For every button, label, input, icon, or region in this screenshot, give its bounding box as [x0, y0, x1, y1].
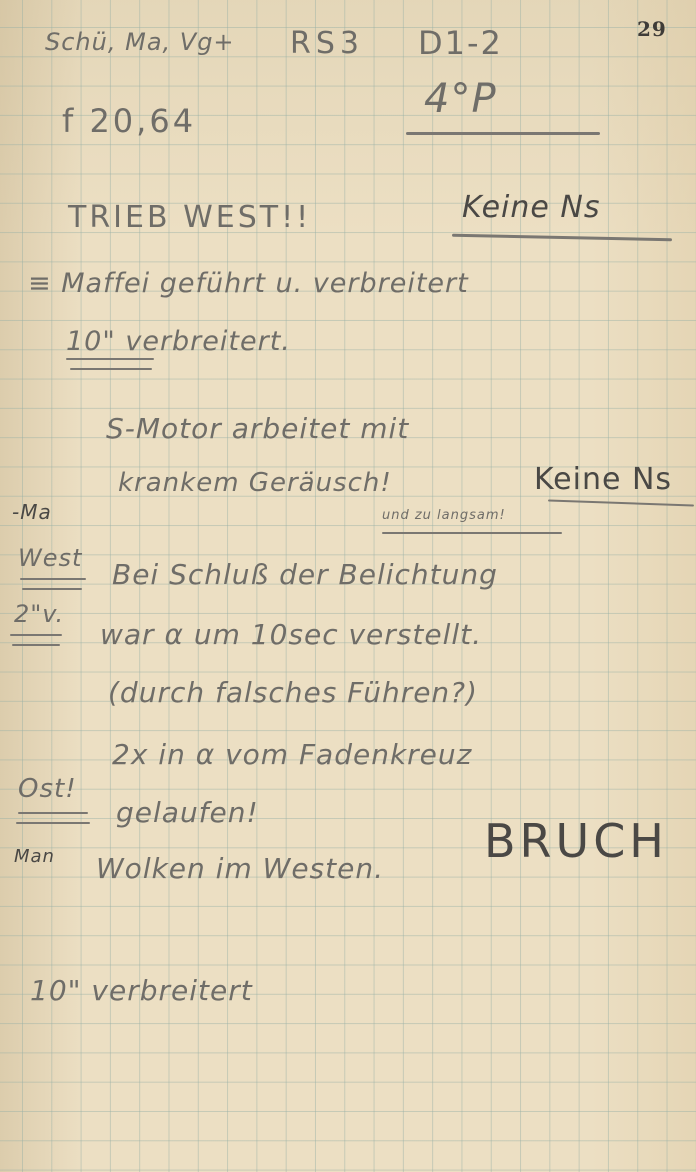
west-underline-a — [20, 578, 86, 580]
langsam-note: und zu langsam! — [382, 508, 506, 523]
kennung-2-underline — [548, 499, 694, 506]
kennung-1-underline — [452, 234, 672, 242]
verbreitert-line-2: 10" verbreitert — [30, 974, 253, 1007]
ost-underline-b — [16, 822, 90, 824]
trieb-west: TRIEB WEST!! — [68, 200, 311, 235]
maffei-line: ≡ Maffei geführt u. verbreitert — [28, 268, 469, 299]
observers: Schü, Ma, Vg+ — [45, 28, 235, 56]
wolken-line: Wolken im Westen. — [96, 852, 384, 885]
2v-underline-b — [12, 644, 60, 646]
ten-underline-b — [70, 368, 152, 370]
alpha-line: war α um 10sec verstellt. — [100, 618, 482, 651]
faden-line: 2x in α vom Fadenkreuz — [112, 738, 472, 771]
margin-ost: Ost! — [18, 774, 77, 804]
motor-line-1: S-Motor arbeitet mit — [106, 412, 409, 445]
motor-line-2: krankem Geräusch! — [118, 468, 392, 498]
notebook-page: 29 Schü, Ma, Vg+ RS3 D1-2 4°P f 20,64 TR… — [0, 0, 696, 1172]
kennung-1: Keine Ns — [462, 190, 600, 225]
bruch-note: BRUCH — [484, 814, 668, 868]
header-underline — [406, 132, 600, 135]
kennung-2: Keine Ns — [534, 462, 672, 497]
2v-underline-a — [10, 634, 62, 636]
margin-ma: -Ma — [12, 500, 52, 524]
ten-underline-a — [66, 358, 154, 360]
verbreitert-line-1: 10" verbreitert. — [66, 326, 291, 357]
west-underline-b — [22, 588, 82, 590]
f-value: f 20,64 — [62, 102, 196, 140]
fuehren-line: (durch falsches Führen?) — [108, 676, 478, 709]
instrument: RS3 — [290, 26, 364, 61]
belichtung-line: Bei Schluß der Belichtung — [112, 558, 498, 591]
page-number: 29 — [637, 17, 667, 41]
margin-2v: 2"v. — [14, 600, 64, 628]
ost-underline-a — [18, 812, 88, 814]
margin-man: Man — [14, 846, 55, 867]
gelaufen-line: gelaufen! — [116, 796, 259, 829]
margin-west: West — [18, 544, 82, 572]
langsam-underline — [382, 532, 562, 534]
plate-value: 4°P — [424, 76, 497, 122]
plate-code: D1-2 — [418, 24, 503, 62]
